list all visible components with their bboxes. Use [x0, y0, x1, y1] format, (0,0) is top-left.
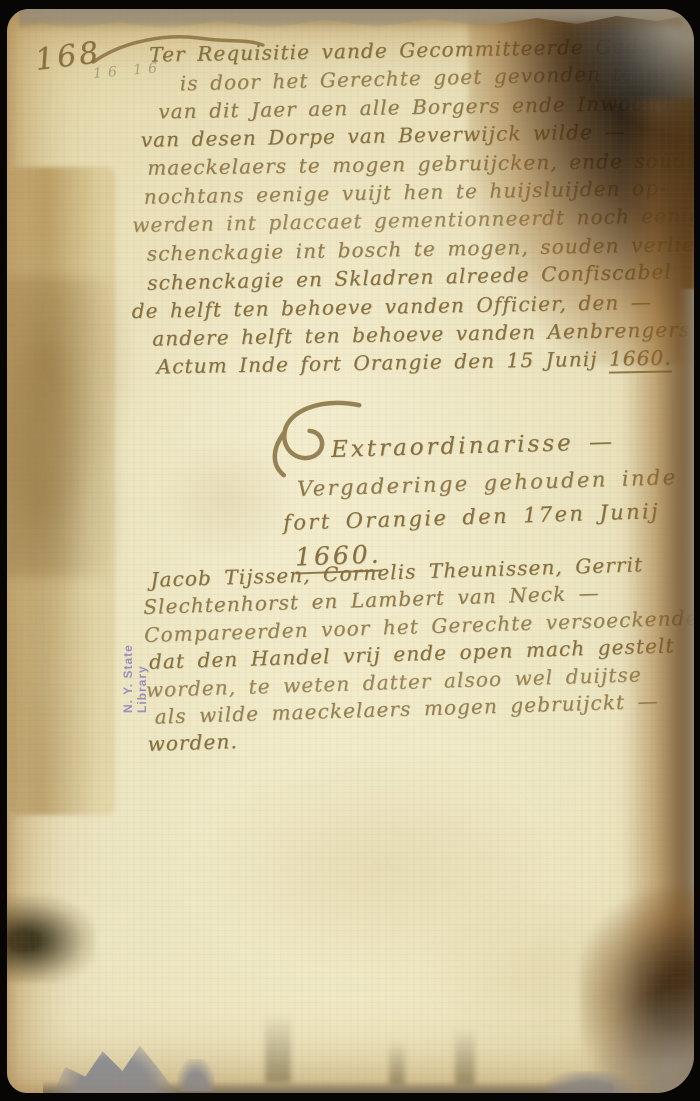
- pencil-annotation: 16 16: [92, 60, 163, 82]
- manuscript-line: Jacob Tijssen, Cornelis Theunissen, Gerr…: [150, 550, 691, 594]
- manuscript-line: de helft ten behoeve vanden Officier, de…: [131, 287, 683, 325]
- bottom-smudge: [455, 1027, 475, 1085]
- gray-patch-bottom-right: [544, 1071, 634, 1093]
- manuscript-line: worden, te weten datter alsoo wel duijts…: [145, 659, 694, 704]
- folio-number: 168: [33, 35, 103, 78]
- actum-line: Actum Inde fort Orangie den 15 Junij 166…: [156, 344, 684, 382]
- manuscript-line: Ter Requisitie vande Gecommitteerde Geda…: [149, 31, 679, 69]
- manuscript-line: is door het Gerechte goet gevonden te pr…: [179, 58, 680, 98]
- faint-stain: [157, 439, 297, 559]
- brown-stain: [7, 277, 157, 577]
- underlined-year-1660: 1660.: [609, 346, 672, 374]
- session-heading-year: 1660.: [295, 539, 383, 571]
- burn-right-edge: [622, 99, 694, 1059]
- faint-stain: [427, 887, 657, 1057]
- session-heading-title: Extraordinarisse —: [331, 429, 616, 463]
- manuscript-line: schenckagie int bosch te mogen, souden v…: [146, 230, 682, 268]
- manuscript-line: van dit Jaer aen alle Borgers ende Inwoo…: [158, 88, 680, 126]
- manuscript-line: Compareerden voor het Gerechte versoecke…: [144, 605, 693, 650]
- manuscript-line: van desen Dorpe van Beverwijck wilde —: [140, 117, 680, 155]
- manuscript-line: schenckagie en Skladren alreede Confisca…: [147, 257, 683, 297]
- left-repair-patch: [9, 167, 115, 815]
- gray-bottom-edge: [43, 1081, 613, 1093]
- underlined-year-1660: 1660.: [295, 539, 383, 574]
- page-vignette: [7, 9, 694, 1093]
- manuscript-line: nochtans eenige vuijt hen te huijsluijde…: [143, 173, 681, 211]
- top-edge-shadow: [19, 17, 683, 31]
- burn-mark-bottom-right: [580, 889, 694, 1093]
- actum-text: Actum Inde fort Orangie den 15 Junij: [156, 347, 609, 379]
- entry-lines: Jacob Tijssen, Cornelis Theunissen, Gerr…: [142, 550, 694, 759]
- manuscript-line: andere helft ten behoeve vanden Aenbreng…: [152, 315, 684, 353]
- photograph-background: 168 16 16 Ter Requisitie vande Gecommitt…: [0, 0, 700, 1101]
- gray-patch-bottom-left: [53, 1035, 177, 1093]
- manuscript-line: maeckelaers te mogen gebruijcken, ende s…: [147, 146, 681, 182]
- manuscript-line: werden int placcaet gementionneerdt noch…: [132, 202, 682, 240]
- gray-right-edge: [678, 289, 694, 1089]
- session-heading-line3: fort Orangie den 17en Junij: [283, 499, 661, 535]
- pen-swash-icon: [88, 28, 269, 68]
- manuscript-line: dat den Handel vrij ende open mach geste…: [149, 632, 694, 676]
- manuscript-line: als wilde maeckelaers mogen gebruijckt —: [154, 687, 694, 731]
- court-entry-17-june: Jacob Tijssen, Cornelis Theunissen, Gerr…: [142, 550, 694, 759]
- court-entry-15-june: Ter Requisitie vande Gecommitteerde Geda…: [127, 31, 685, 381]
- library-stamp: N. Y. State Library: [121, 593, 149, 713]
- manuscript-line: Slechtenhorst en Lambert van Neck —: [143, 577, 692, 622]
- manuscript-page: 168 16 16 Ter Requisitie vande Gecommitt…: [7, 9, 694, 1093]
- entry-lines: Ter Requisitie vande Gecommitteerde Geda…: [127, 31, 684, 353]
- paper-texture: [7, 9, 694, 1093]
- deckle-top-edge: [19, 9, 683, 29]
- bottom-smudge: [265, 1013, 291, 1083]
- session-heading-line2: Vergaderinge gehouden inde: [297, 465, 678, 501]
- faint-stain: [197, 747, 557, 977]
- manuscript-line: worden.: [147, 714, 694, 759]
- calligraphic-flourish-icon: [261, 394, 390, 485]
- dark-stain-left: [7, 895, 95, 983]
- gray-corner-top-right: [546, 9, 694, 157]
- bottom-smudge: [389, 1041, 405, 1085]
- burn-mark-top-right: [468, 9, 694, 365]
- gray-patch-bottom-left-small: [177, 1059, 215, 1091]
- gray-corner-bottom-right: [586, 975, 694, 1093]
